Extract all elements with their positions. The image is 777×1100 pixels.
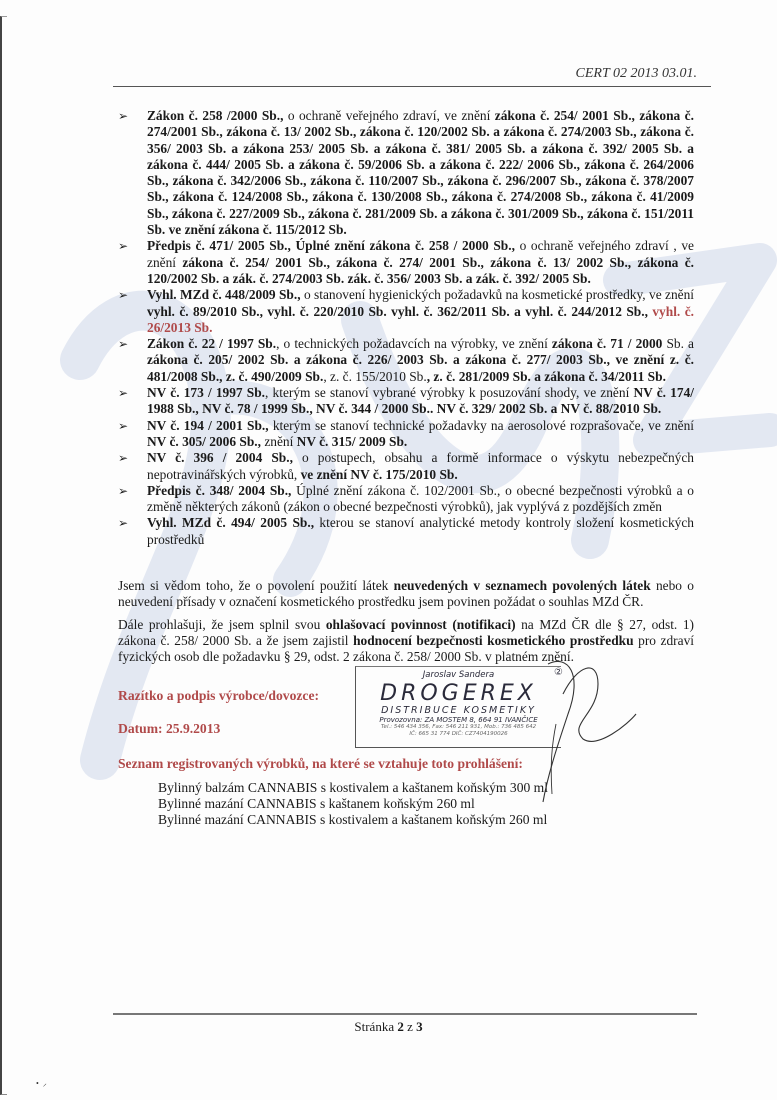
page-number: Stránka 2 z 3 [0,1019,777,1035]
text-segment: Sb. a [662,336,694,351]
scan-specks: • ⸝ [36,1078,47,1089]
text-segment: vyhl. č. 89/2010 Sb., vyhl. č. 220/2010 … [147,304,648,319]
stamp-brand: DROGEREX [356,683,561,705]
text-segment: Jsem si vědom toho, že o povolení použit… [118,578,394,593]
stamp-contacts: Tel.: 546 434 356, Fax: 546 211 931, Mob… [356,724,561,731]
stamp-address: Provozovna: ZA MOSTEM 8, 664 91 IVANČICE [356,716,561,724]
company-stamp: Jaroslav Sandera DROGEREX DISTRIBUCE KOS… [355,666,561,748]
text-segment: hodnocení bezpečnosti kosmetického prost… [353,633,634,648]
text-segment: NV č. 194 / 2001 Sb., [147,418,269,433]
arrow-bullet-icon: ➢ [118,108,128,124]
text-segment: o stanovení hygienických požadavků na ko… [301,287,694,302]
legislation-item: ➢Předpis č. 348/ 2004 Sb., Úplné znění z… [118,483,694,516]
text-segment: NV č. 396 / 2004 Sb., [147,450,293,465]
text-segment: o ochraně veřejného zdraví, ve znění [283,108,494,123]
text-segment: kterým se stanoví technické požadavky na… [269,418,694,433]
header-divider [113,86,711,87]
declaration-paragraph-1: Jsem si vědom toho, že o povolení použit… [118,578,694,611]
text-segment: neuvedených v seznamech povolených látek [394,578,651,593]
text-segment: Zákon č. 258 /2000 Sb., [147,108,283,123]
document-code: CERT 02 2013 03.01. [576,66,697,82]
text-segment: zákona č. 254/ 2001 Sb., zákona č. 274/ … [147,255,694,286]
footer-divider [113,1013,697,1015]
legislation-item: ➢Zákon č. 22 / 1997 Sb., o technických p… [118,336,694,385]
text-segment: , z. č. 155/2010 Sb. [323,369,426,384]
text-segment: znění [261,434,297,449]
text-segment: NV č. 315/ 2009 Sb. [297,434,408,449]
page-total: 3 [416,1019,423,1034]
text-segment: Vyhl. MZd č. 448/2009 Sb., [147,287,301,302]
legislation-item: ➢Vyhl. MZd č. 448/2009 Sb., o stanovení … [118,287,694,336]
text-segment: , kterým se stanoví vybrané výrobky k po… [265,385,633,400]
stamp-label: Razítko a podpis výrobce/dovozce: [118,688,319,704]
text-segment: NV č. 305/ 2006 Sb., [147,434,261,449]
legislation-item: ➢NV č. 194 / 2001 Sb., kterým se stanoví… [118,418,694,451]
text-segment: , o technických požadavcích na výrobky, … [276,336,552,351]
text-segment: zákona č. 254/ 2001 Sb., zákona č. 274/2… [147,108,694,237]
stamp-subtitle: DISTRIBUCE KOSMETIKY [356,705,561,716]
legislation-item: ➢NV č. 396 / 2004 Sb., o postupech, obsa… [118,450,694,483]
legislation-item: ➢Předpis č. 471/ 2005 Sb., Úplné znění z… [118,238,694,287]
products-heading: Seznam registrovaných výrobků, na které … [118,756,523,772]
text-segment: zákona č. 71 / 2000 [552,336,662,351]
legislation-item: ➢Vyhl. MZd č. 494/ 2005 Sb., kterou se s… [118,515,694,548]
scan-edge [0,16,7,1095]
document-body: ➢Zákon č. 258 /2000 Sb., o ochraně veřej… [118,108,694,828]
date-label: Datum: 25.9.2013 [118,721,220,737]
arrow-bullet-icon: ➢ [118,336,128,352]
text-segment: , z. č. 281/2009 Sb. a zákona č. 34/2011… [427,369,666,384]
text-segment: ohlašovací povinnost (notifikaci) [326,617,516,632]
text-segment: Dále prohlašuji, že jsem splnil svou [118,617,326,632]
legislation-item: ➢NV č. 173 / 1997 Sb., kterým se stanoví… [118,385,694,418]
legislation-list: ➢Zákon č. 258 /2000 Sb., o ochraně veřej… [118,108,694,548]
arrow-bullet-icon: ➢ [118,238,128,254]
text-segment: Vyhl. MZd č. 494/ 2005 Sb., [147,515,314,530]
arrow-bullet-icon: ➢ [118,385,128,401]
product-item: Bylinné mazání CANNABIS s kostivalem a k… [158,812,694,828]
text-segment: NV č. 173 / 1997 Sb. [147,385,265,400]
signature-block: Razítko a podpis výrobce/dovozce: Datum:… [118,668,694,780]
arrow-bullet-icon: ➢ [118,450,128,466]
arrow-bullet-icon: ➢ [118,483,128,499]
arrow-bullet-icon: ➢ [118,287,128,303]
stamp-ids: IČ: 665 31 774 DIČ: CZ7404190026 [356,731,561,738]
arrow-bullet-icon: ➢ [118,418,128,434]
legislation-item: ➢Zákon č. 258 /2000 Sb., o ochraně veřej… [118,108,694,238]
text-segment: Předpis č. 348/ 2004 Sb., [147,483,291,498]
arrow-bullet-icon: ➢ [118,515,128,531]
text-segment: Zákon č. 22 / 1997 Sb. [147,336,276,351]
text-segment: Předpis č. 471/ 2005 Sb., Úplné znění zá… [147,238,515,253]
text-segment: ve znění NV č. 175/2010 Sb. [301,467,458,482]
handwritten-signature [538,654,638,804]
